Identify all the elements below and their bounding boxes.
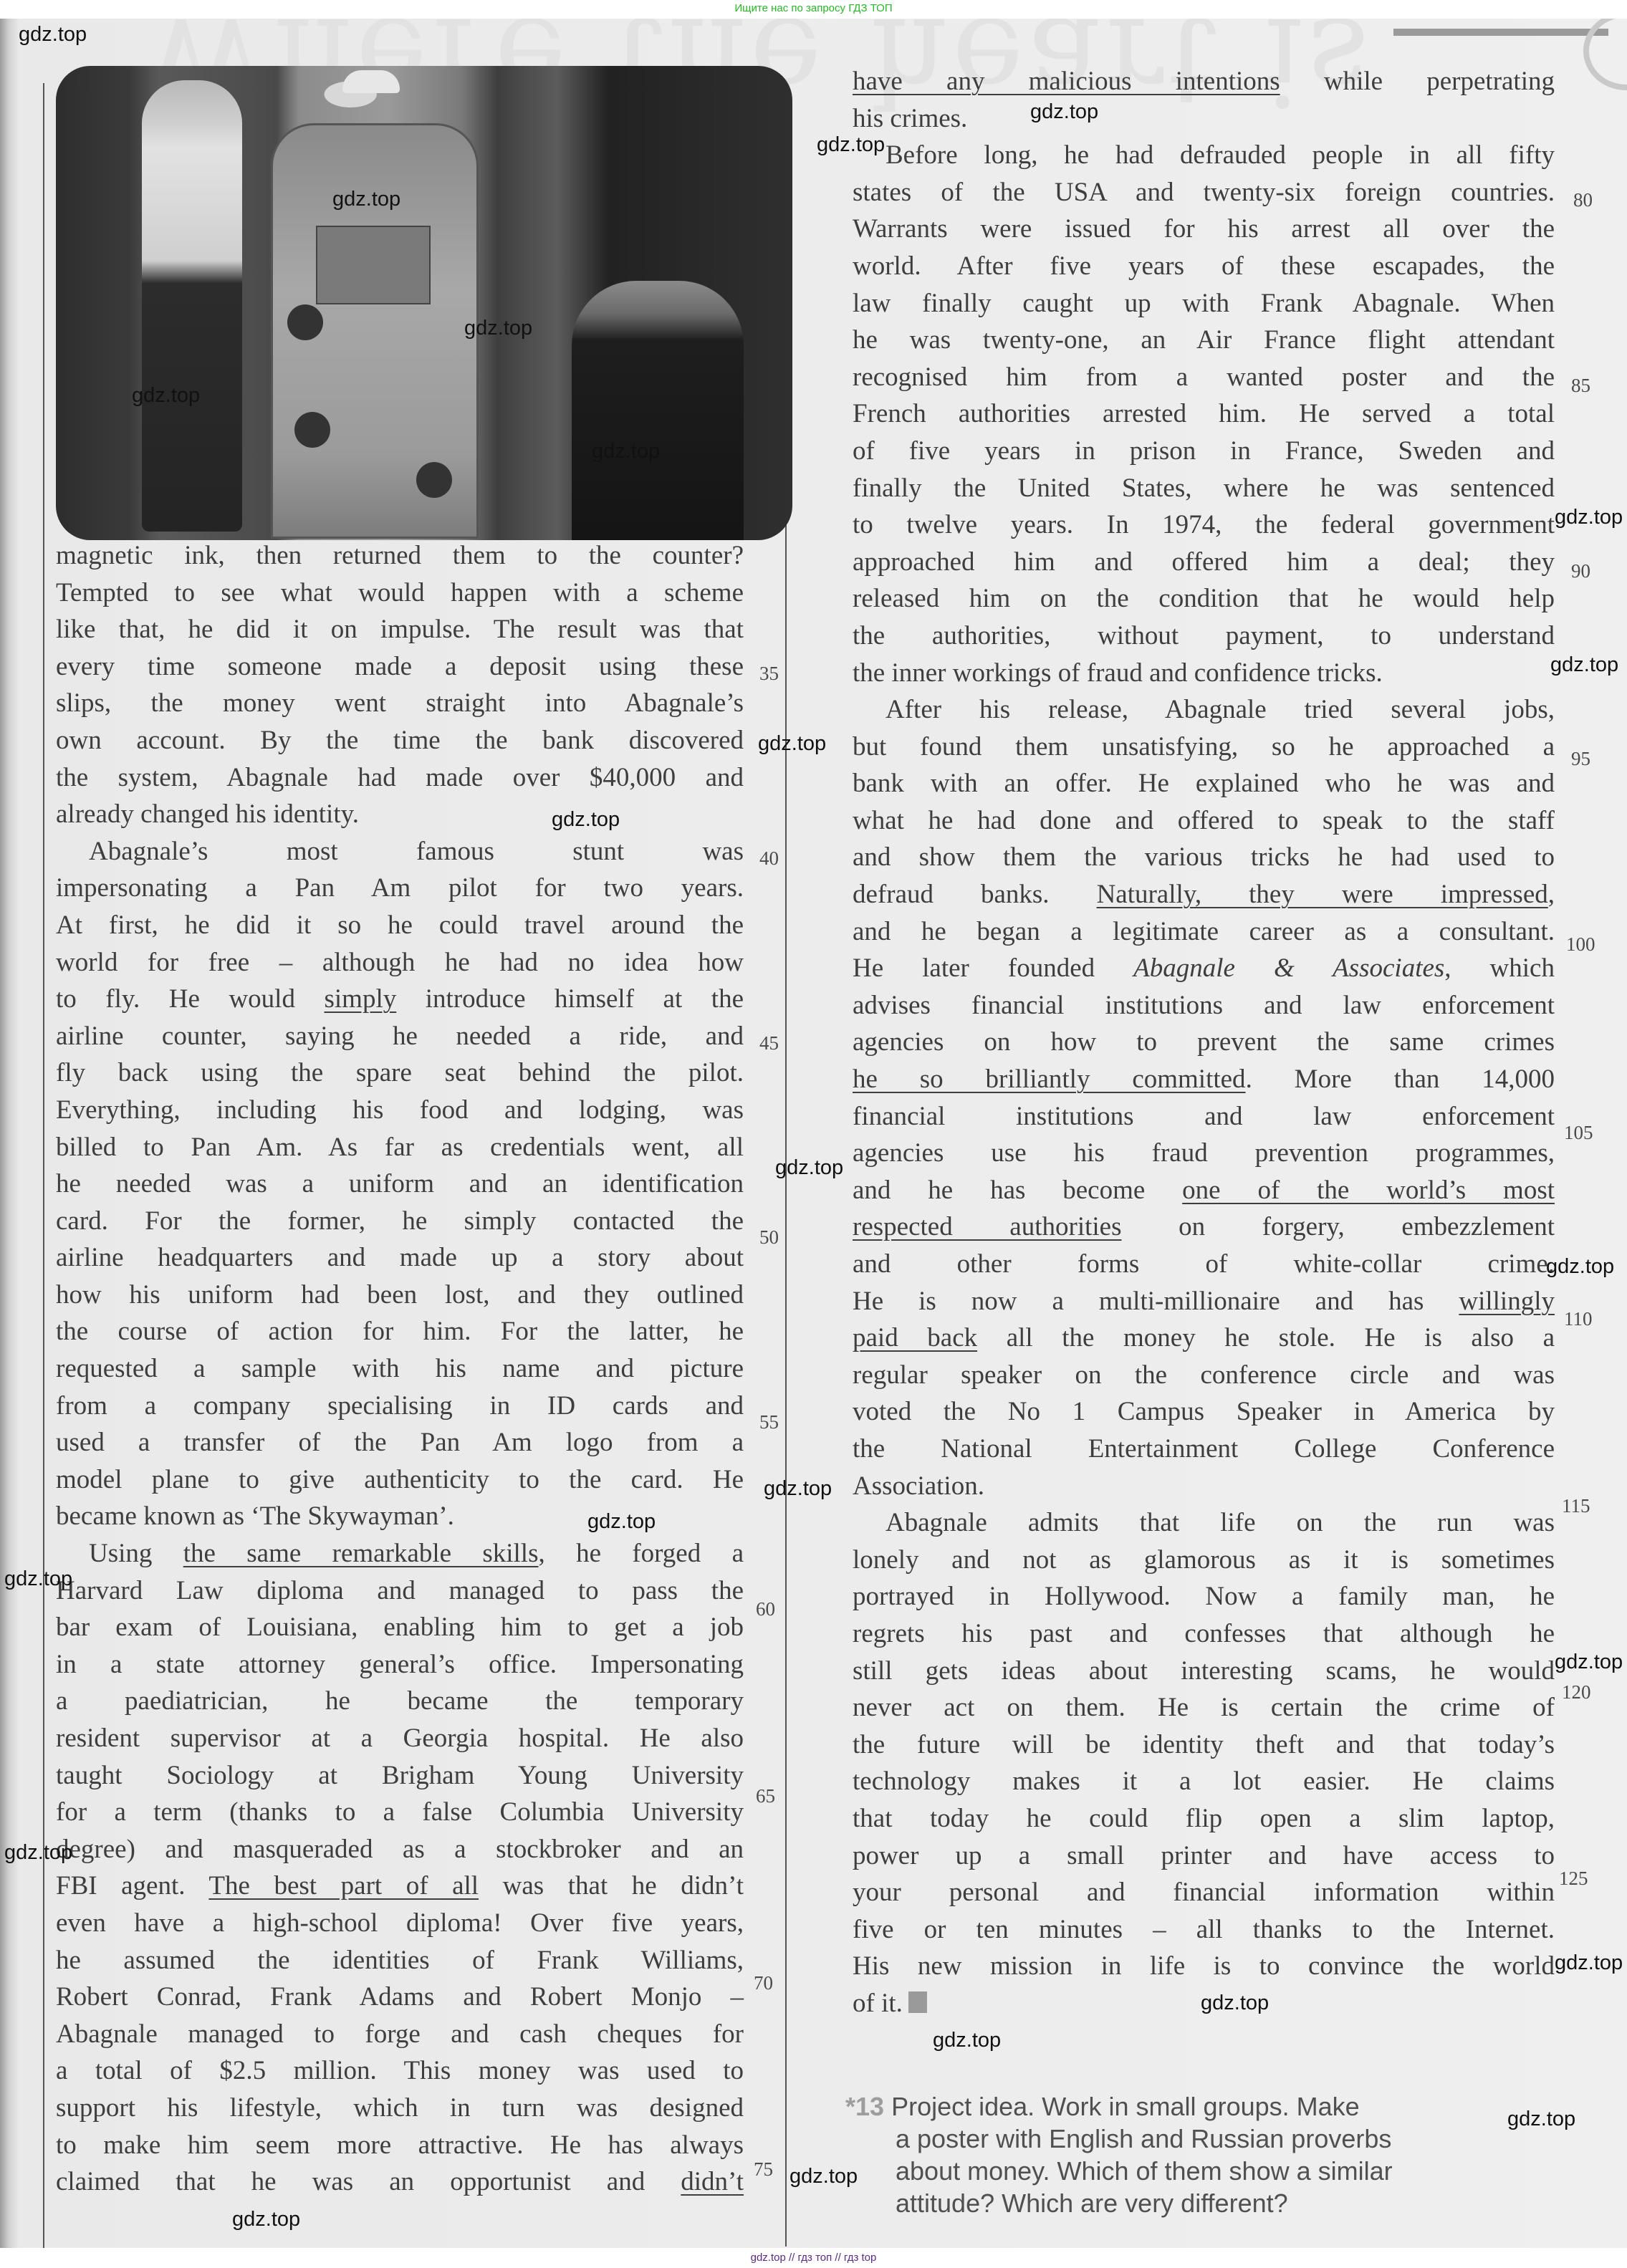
text-line: Abagnale managed to forge and cash chequ… <box>56 2016 744 2053</box>
text-line: power up a small printer and have access… <box>853 1837 1555 1875</box>
text-line: He is now a multi-millionaire and has wi… <box>853 1283 1555 1320</box>
text-line: advises financial institutions and law e… <box>853 987 1555 1024</box>
text-line: law finally caught up with Frank Abagnal… <box>853 285 1555 322</box>
task-first-line: *13 Project idea. Work in small groups. … <box>845 2090 1547 2123</box>
watermark: gdz.top <box>933 2029 1001 2052</box>
line-number: 125 <box>1559 1868 1588 1890</box>
watermark: gdz.top <box>1555 1951 1623 1975</box>
text-line: French authorities arrested him. He serv… <box>853 395 1555 433</box>
task-number: *13 <box>845 2092 884 2121</box>
watermark: gdz.top <box>587 1510 656 1534</box>
audio-track-icon[interactable] <box>908 1991 927 2013</box>
left-column-text: magnetic ink, then returned them to the … <box>56 537 744 2201</box>
line-number: 95 <box>1571 748 1590 770</box>
paragraph-start: After his release, Abagnale tried severa… <box>853 691 1555 729</box>
line-number: 70 <box>754 1972 773 1994</box>
text-line: recognised him from a wanted poster and … <box>853 359 1555 396</box>
text-line: impersonating a Pan Am pilot for two yea… <box>56 870 744 907</box>
text-line: technology makes it a lot easier. He cla… <box>853 1763 1555 1800</box>
text-line: what he had done and offered to speak to… <box>853 802 1555 840</box>
text-line: and he has become one of the world’s mos… <box>853 1172 1555 1209</box>
watermark: gdz.top <box>1555 1650 1623 1674</box>
paragraph-start: Before long, he had defrauded people in … <box>853 137 1555 174</box>
company-name: Abagnale & Associates <box>1133 953 1444 983</box>
text-line: a paediatrician, he became the temporary <box>56 1683 744 1720</box>
left-margin-rule <box>43 83 44 2248</box>
text-line: Warrants were issued for his arrest all … <box>853 211 1555 248</box>
watermark: gdz.top <box>789 2165 858 2188</box>
task-title: Project idea. <box>891 2092 1035 2121</box>
press-panel <box>316 226 431 304</box>
text-line: agencies use his fraud prevention progra… <box>853 1135 1555 1172</box>
watermark: gdz.top <box>1201 1991 1269 2015</box>
line-number: 110 <box>1564 1308 1593 1330</box>
ceiling-lamp <box>342 70 400 93</box>
text-line: how his uniform had been lost, and they … <box>56 1277 744 1314</box>
watermark: gdz.top <box>1555 506 1623 529</box>
text-line: approached him and offered him a deal; t… <box>853 544 1555 581</box>
line-number: 105 <box>1564 1122 1593 1144</box>
text-line: Association. <box>853 1468 1555 1505</box>
text-line: voted the No 1 Campus Speaker in America… <box>853 1393 1555 1431</box>
text-line: billed to Pan Am. As far as credentials … <box>56 1129 744 1166</box>
line-number: 60 <box>756 1598 775 1620</box>
text-line: support his lifestyle, which in turn was… <box>56 2090 744 2127</box>
text-line: bank with an offer. He explained who he … <box>853 765 1555 802</box>
man-in-white-shirt <box>142 80 242 532</box>
text-line: even have a high-school diploma! Over fi… <box>56 1905 744 1942</box>
line-number: 90 <box>1571 560 1590 582</box>
header-rule <box>1393 29 1608 36</box>
underlined-phrase: one of the world’s most <box>1182 1176 1555 1205</box>
text-line: and other forms of white-collar crime. <box>853 1246 1555 1283</box>
task-text: attitude? Which are very different? <box>845 2187 1547 2219</box>
watermark: gdz.top <box>464 317 532 340</box>
text-line: claimed that he was an opportunist and d… <box>56 2163 744 2201</box>
text-line: resident supervisor at a Georgia hospita… <box>56 1720 744 1757</box>
watermark: gdz.top <box>132 384 200 408</box>
line-number: 45 <box>759 1032 779 1054</box>
watermark: gdz.top <box>232 2208 300 2231</box>
text-line: world for free – although he had no idea… <box>56 944 744 981</box>
text-line: Harvard Law diploma and managed to pass … <box>56 1572 744 1610</box>
text-line: the authorities, without payment, to und… <box>853 618 1555 655</box>
text-line: bar exam of Louisiana, enabling him to g… <box>56 1609 744 1646</box>
text-line: airline headquarters and made up a story… <box>56 1239 744 1277</box>
top-banner[interactable]: Ищите нас по запросу ГДЗ ТОП <box>0 0 1627 19</box>
text-line: from a company specialising in ID cards … <box>56 1388 744 1425</box>
task-text: Work in small groups. Make <box>1035 2092 1359 2121</box>
watermark: gdz.top <box>4 1841 72 1865</box>
text-line: released him on the condition that he wo… <box>853 580 1555 618</box>
text-line: he needed was a uniform and an identific… <box>56 1166 744 1203</box>
text-line: the National Entertainment College Confe… <box>853 1431 1555 1468</box>
text-line: to fly. He would simply introduce himsel… <box>56 981 744 1018</box>
man-in-suit <box>572 281 744 540</box>
text-line: requested a sample with his name and pic… <box>56 1350 744 1388</box>
text-line: like that, he did it on impulse. The res… <box>56 611 744 648</box>
watermark: gdz.top <box>1546 1255 1614 1279</box>
underlined-phrase: Naturally, they were impressed <box>1097 880 1548 909</box>
text-line: Robert Conrad, Frank Adams and Robert Mo… <box>56 1979 744 2016</box>
project-task: *13 Project idea. Work in small groups. … <box>845 2090 1547 2219</box>
line-number: 115 <box>1562 1495 1590 1517</box>
line-number: 35 <box>759 663 779 685</box>
text-line: to make him seem more attractive. He has… <box>56 2127 744 2164</box>
text-line: he assumed the identities of Frank Willi… <box>56 1942 744 1979</box>
bottom-banner[interactable]: gdz.top // гдз топ // гдз top <box>0 2248 1627 2268</box>
text-line: every time someone made a deposit using … <box>56 648 744 686</box>
text-line: card. For the former, he simply contacte… <box>56 1203 744 1240</box>
underlined-phrase: the same remarkable skills <box>183 1539 539 1568</box>
line-number: 75 <box>754 2158 773 2181</box>
watermark: gdz.top <box>4 1567 72 1591</box>
text-line: defraud banks. Naturally, they were impr… <box>853 876 1555 913</box>
underlined-phrase: he so brilliantly committed <box>853 1065 1246 1094</box>
watermark: gdz.top <box>1030 100 1098 124</box>
text-line: your personal and financial information … <box>853 1874 1555 1911</box>
text-line: and he began a legitimate career as a co… <box>853 913 1555 951</box>
text-line: magnetic ink, then returned them to the … <box>56 537 744 575</box>
printing-press <box>271 123 479 539</box>
text-line: agencies on how to prevent the same crim… <box>853 1024 1555 1061</box>
underlined-phrase: The best part of all <box>208 1871 479 1901</box>
text-line: model plane to give authenticity to the … <box>56 1461 744 1499</box>
underlined-phrase: simply <box>325 984 397 1014</box>
text-line: the future will be identity theft and th… <box>853 1726 1555 1764</box>
text-line: his crimes. <box>853 100 1555 138</box>
text-line: used a transfer of the Pan Am logo from … <box>56 1424 744 1461</box>
press-knob <box>287 304 323 340</box>
text-line: At first, he did it so he could travel a… <box>56 907 744 944</box>
text-line: portrayed in Hollywood. Now a family man… <box>853 1578 1555 1615</box>
text-line: he so brilliantly committed. More than 1… <box>853 1061 1555 1098</box>
line-number: 65 <box>756 1785 775 1807</box>
watermark: gdz.top <box>332 188 400 211</box>
text-line: and show them the various tricks he had … <box>853 839 1555 876</box>
text-line: paid back all the money he stole. He is … <box>853 1320 1555 1357</box>
paragraph-start: Abagnale admits that life on the run was <box>853 1504 1555 1542</box>
text-line: never act on them. He is certain the cri… <box>853 1689 1555 1726</box>
line-number: 85 <box>1571 375 1590 397</box>
line-number: 40 <box>759 847 779 870</box>
watermark: gdz.top <box>1507 2108 1575 2131</box>
text-line: airline counter, saying he needed a ride… <box>56 1018 744 1055</box>
text-line: Everything, including his food and lodgi… <box>56 1092 744 1129</box>
text-line: that today he could flip open a slim lap… <box>853 1800 1555 1837</box>
text-line: lonely and not as glamorous as it is som… <box>853 1542 1555 1579</box>
underlined-phrase: paid back <box>853 1323 977 1352</box>
underlined-phrase: respected authorities <box>853 1212 1121 1241</box>
line-number: 80 <box>1573 189 1593 211</box>
press-knob <box>416 462 452 498</box>
watermark: gdz.top <box>764 1477 832 1501</box>
text-line: but found them unsatisfying, so he appro… <box>853 729 1555 766</box>
line-number: 100 <box>1566 933 1595 956</box>
watermark: gdz.top <box>19 23 87 47</box>
text-line: to twelve years. In 1974, the federal go… <box>853 506 1555 544</box>
text-line: of five years in prison in France, Swede… <box>853 433 1555 470</box>
underlined-phrase: have any malicious intentions <box>853 67 1280 96</box>
text-line: the course of action for him. For the la… <box>56 1313 744 1350</box>
text-line: world. After five years of these escapad… <box>853 248 1555 285</box>
watermark: gdz.top <box>817 133 885 157</box>
text-line: in a state attorney general’s office. Im… <box>56 1646 744 1683</box>
text-line: states of the USA and twenty-six foreign… <box>853 174 1555 211</box>
text-line: five or ten minutes – all thanks to the … <box>853 1911 1555 1949</box>
text-line: regular speaker on the conference circle… <box>853 1357 1555 1394</box>
text-line: FBI agent. The best part of all was that… <box>56 1868 744 1905</box>
text-line: financial institutions and law enforceme… <box>853 1098 1555 1135</box>
watermark: gdz.top <box>592 440 660 463</box>
text-line: a total of $2.5 million. This money was … <box>56 2052 744 2090</box>
task-text: about money. Which of them show a simila… <box>845 2155 1547 2187</box>
text-line: finally the United States, where he was … <box>853 470 1555 507</box>
paragraph-start: Abagnale’s most famous stunt was <box>56 833 744 870</box>
watermark: gdz.top <box>758 732 826 756</box>
text-line: Tempted to see what would happen with a … <box>56 575 744 612</box>
right-column-text: have any malicious intentions while perp… <box>853 63 1555 2022</box>
text-line: have any malicious intentions while perp… <box>853 63 1555 100</box>
text-line: the inner workings of fraud and confiden… <box>853 655 1555 692</box>
printing-press-photo <box>56 66 792 540</box>
line-number: 120 <box>1562 1681 1591 1704</box>
text-line: regrets his past and confesses that alth… <box>853 1615 1555 1653</box>
watermark: gdz.top <box>1550 653 1618 677</box>
press-knob <box>294 412 330 448</box>
text-line: His new mission in life is to convince t… <box>853 1948 1555 1985</box>
text-line: the system, Abagnale had made over $40,0… <box>56 759 744 797</box>
text-line: he was twenty-one, an Air France flight … <box>853 322 1555 359</box>
text-line: slips, the money went straight into Abag… <box>56 685 744 722</box>
text-line: own account. By the time the bank discov… <box>56 722 744 759</box>
text-line: respected authorities on forgery, embezz… <box>853 1209 1555 1246</box>
line-number: 55 <box>759 1411 779 1433</box>
text-line: He later founded Abagnale & Associates, … <box>853 950 1555 987</box>
text-line: fly back using the spare seat behind the… <box>56 1054 744 1092</box>
text-line: taught Sociology at Brigham Young Univer… <box>56 1757 744 1794</box>
corner-decoration <box>1583 19 1627 90</box>
watermark: gdz.top <box>775 1156 843 1180</box>
underlined-phrase: didn’t <box>681 2167 744 2196</box>
text-line: already changed his identity. <box>56 796 744 833</box>
watermark: gdz.top <box>552 808 620 832</box>
text-line: degree) and masqueraded as a stockbroker… <box>56 1831 744 1868</box>
line-number: 50 <box>759 1226 779 1249</box>
text-line: for a term (thanks to a false Columbia U… <box>56 1794 744 1831</box>
task-text: a poster with English and Russian prover… <box>845 2123 1547 2155</box>
text-line: still gets ideas about interesting scams… <box>853 1653 1555 1690</box>
paragraph-start: Using the same remarkable skills, he for… <box>56 1535 744 1572</box>
underlined-phrase: willingly <box>1459 1287 1555 1316</box>
